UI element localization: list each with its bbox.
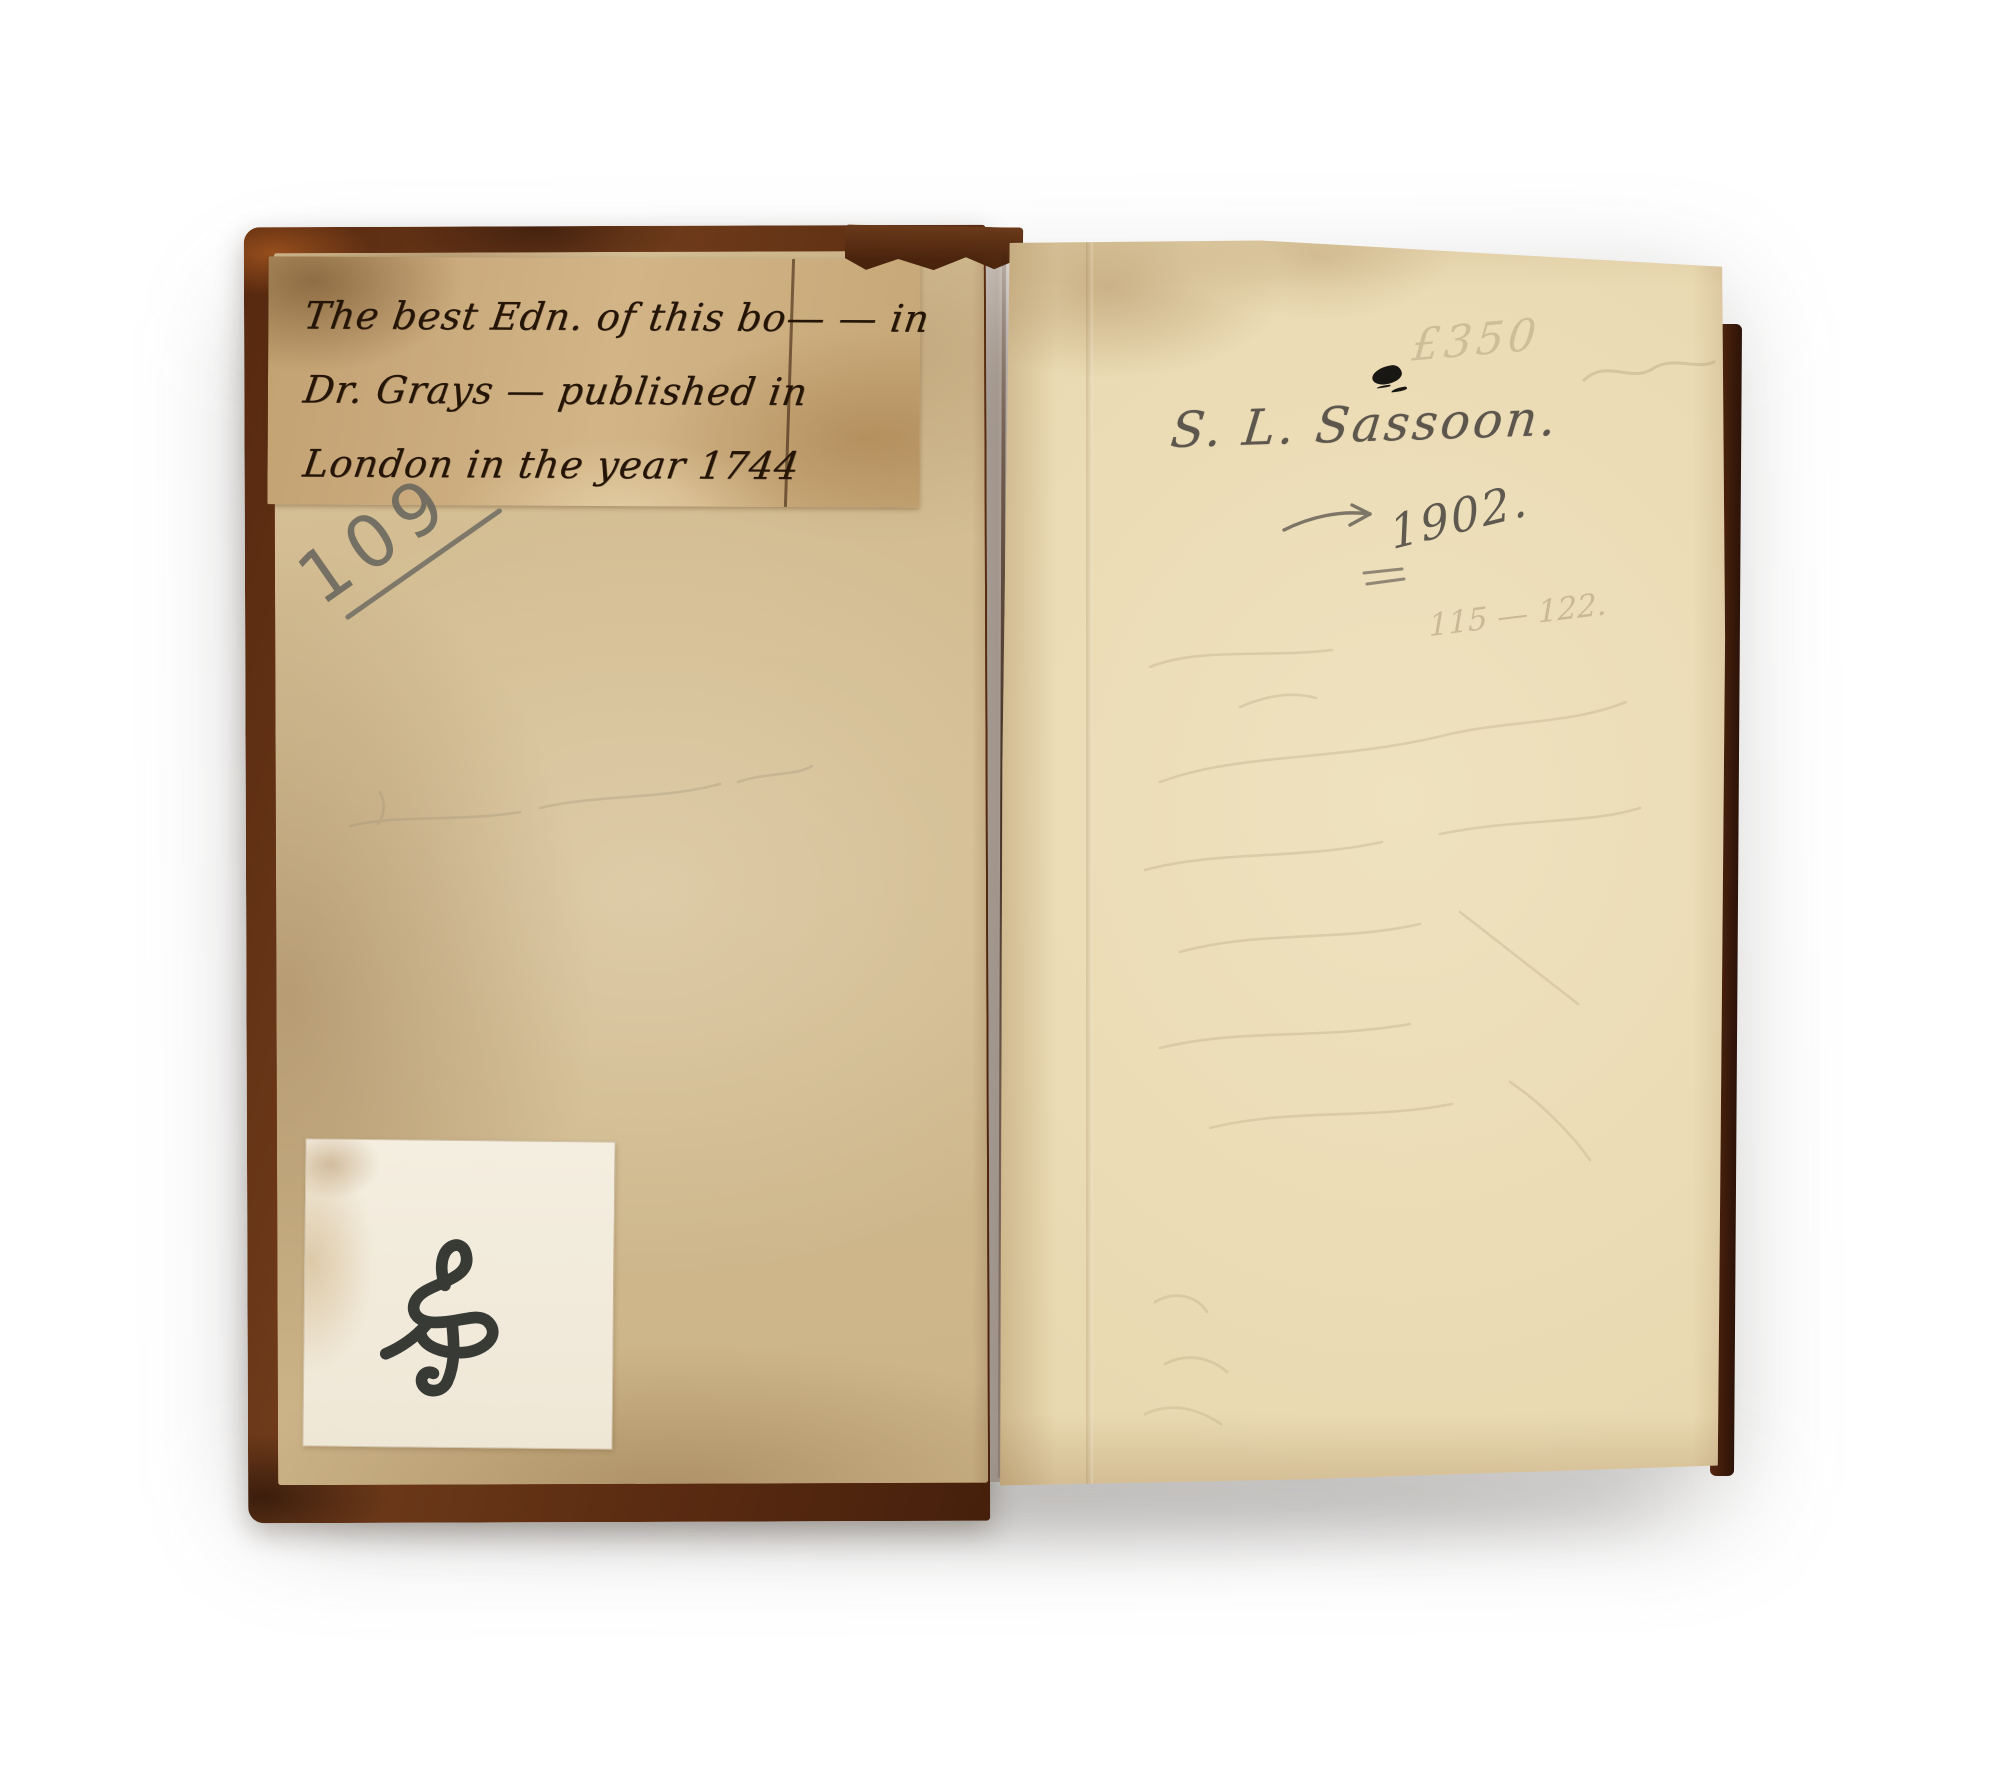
ss-monogram-icon bbox=[376, 1226, 518, 1397]
ink-label-line-2: Dr. Grays — published in bbox=[299, 353, 926, 430]
photo-open-antique-book: The best Edn. of this bo— — in Dr. Grays… bbox=[0, 0, 2000, 1768]
faint-pencil-marks-bottom bbox=[1125, 1272, 1285, 1452]
faint-pencil-scrawl-top-right bbox=[1578, 338, 1728, 398]
monogram-bookplate bbox=[302, 1138, 615, 1449]
erased-pencil-inscription bbox=[1120, 612, 1660, 1172]
pencil-equals-mark bbox=[1360, 566, 1410, 590]
pencil-arrow-mark bbox=[1280, 498, 1392, 546]
ink-label-line-1: The best Edn. of this bo— — in bbox=[299, 279, 926, 356]
page-fold-crease bbox=[1086, 238, 1093, 1488]
handwritten-ink-label: The best Edn. of this bo— — in Dr. Grays… bbox=[267, 256, 920, 507]
faint-pencil-notes-left-page bbox=[340, 752, 820, 862]
